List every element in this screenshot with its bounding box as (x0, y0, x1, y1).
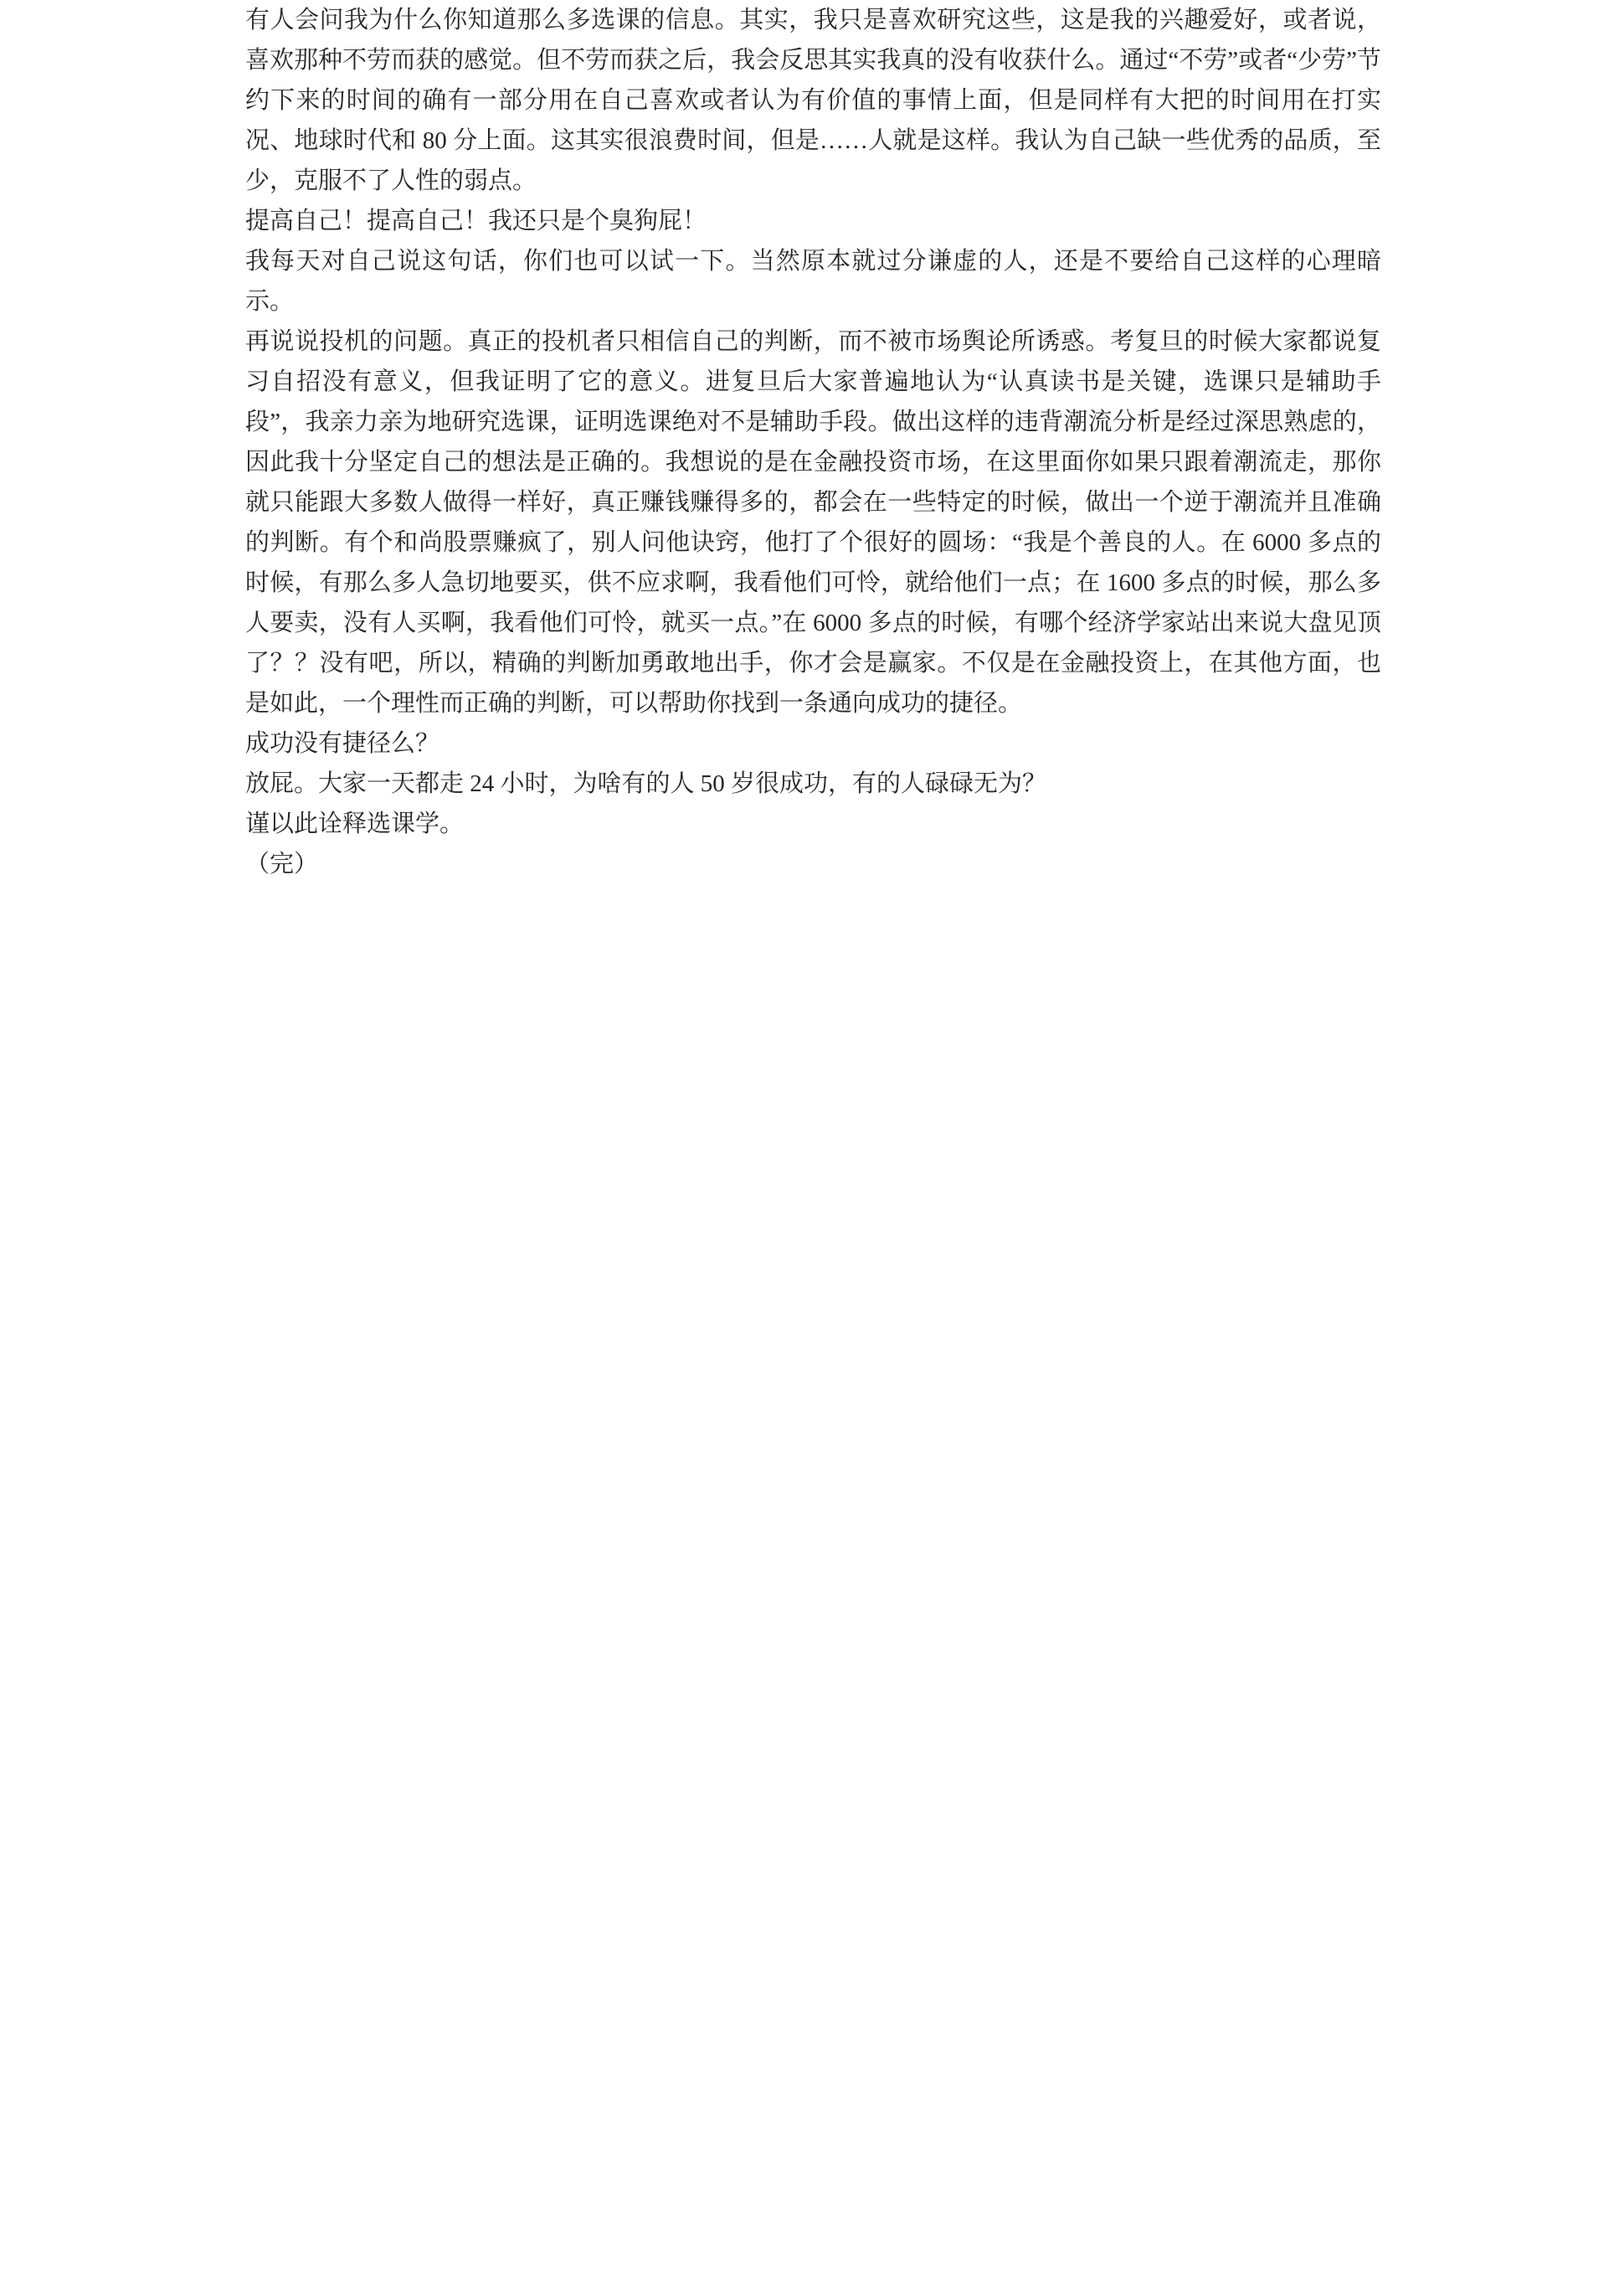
paragraph-end-mark: （完） (245, 844, 1381, 884)
paragraph-no-shortcut-question: 成功没有捷径么？ (245, 723, 1381, 764)
paragraph-daily-self-talk: 我每天对自己说这句话，你们也可以试一下。当然原本就过分谦虚的人，还是不要给自己这… (245, 241, 1381, 322)
paragraph-improve-yourself: 提高自己！提高自己！我还只是个臭狗屁！ (245, 201, 1381, 241)
document-body: 有人会问我为什么你知道那么多选课的信息。其实，我只是喜欢研究这些，这是我的兴趣爱… (245, 0, 1381, 884)
document-page: 有人会问我为什么你知道那么多选课的信息。其实，我只是喜欢研究这些，这是我的兴趣爱… (0, 0, 1624, 2296)
paragraph-dedication: 谨以此诠释选课学。 (245, 804, 1381, 844)
paragraph-24-hours: 放屁。大家一天都走 24 小时，为啥有的人 50 岁很成功，有的人碌碌无为？ (245, 764, 1381, 804)
paragraph-intro-course-selection: 有人会问我为什么你知道那么多选课的信息。其实，我只是喜欢研究这些，这是我的兴趣爱… (245, 0, 1381, 201)
paragraph-speculation: 再说说投机的问题。真正的投机者只相信自己的判断，而不被市场舆论所诱惑。考复旦的时… (245, 322, 1381, 723)
